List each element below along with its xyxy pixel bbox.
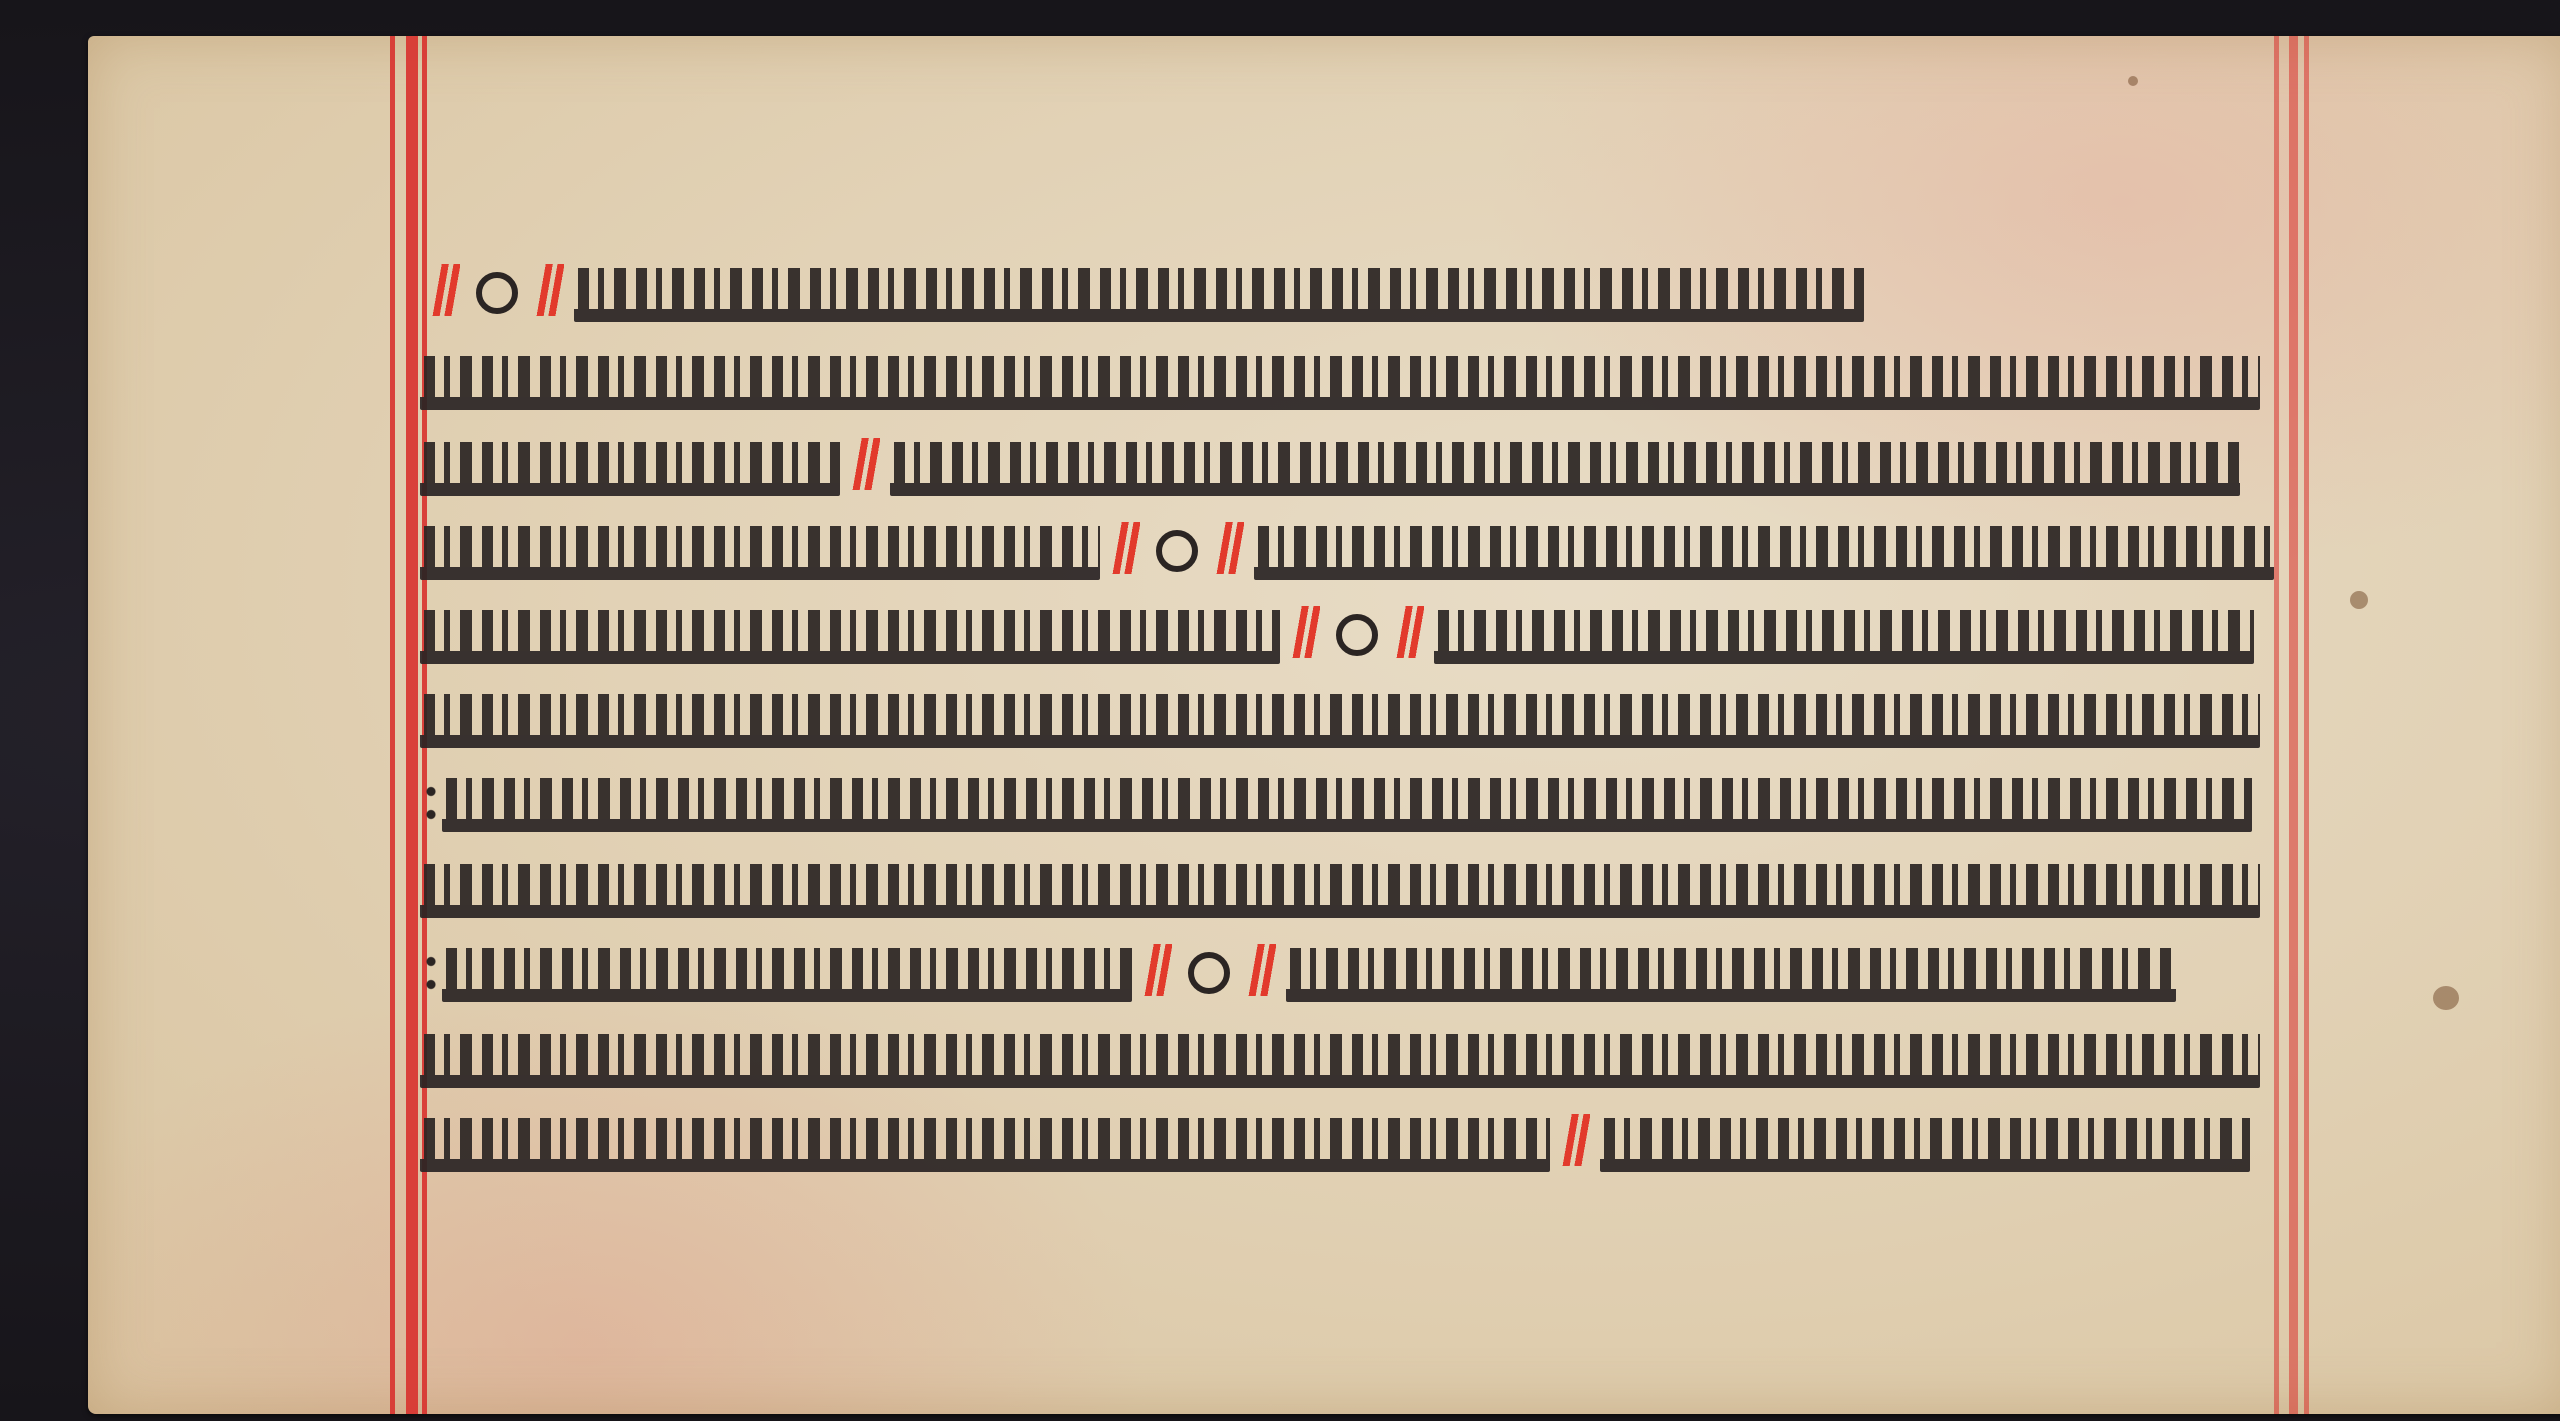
manuscript-line xyxy=(420,1102,2290,1172)
red-double-danda-icon xyxy=(1142,944,1172,996)
manuscript-line xyxy=(420,848,2290,918)
red-double-danda-icon xyxy=(1110,522,1140,574)
script-glyph-run xyxy=(442,932,1132,1002)
right-margin-rule xyxy=(2289,36,2298,1414)
manuscript-line xyxy=(420,340,2290,410)
script-glyph-run xyxy=(574,252,1864,322)
paper-stain xyxy=(2350,591,2368,609)
paper-stain xyxy=(2433,986,2459,1010)
red-double-danda-icon xyxy=(1214,522,1244,574)
script-glyph-run xyxy=(1434,594,2254,664)
script-glyph-run xyxy=(420,340,2260,410)
manuscript-line xyxy=(420,510,2290,580)
manuscript-line xyxy=(420,594,2290,664)
script-glyph-run xyxy=(420,594,1280,664)
ornament-icon xyxy=(1188,952,1230,994)
script-glyph-run xyxy=(1286,932,2176,1002)
manuscript-line xyxy=(420,762,2290,832)
script-glyph-run xyxy=(1254,510,2274,580)
script-glyph-run xyxy=(1600,1102,2250,1172)
script-glyph-run xyxy=(420,1018,2260,1088)
manuscript-line xyxy=(420,252,2290,322)
manuscript-line xyxy=(420,1018,2290,1088)
script-glyph-run xyxy=(420,1102,1550,1172)
paper-stain xyxy=(2128,76,2138,86)
manuscript-line xyxy=(420,426,2290,496)
right-margin-rule xyxy=(2304,36,2309,1414)
left-margin-rule xyxy=(390,36,395,1414)
script-glyph-run xyxy=(442,762,2252,832)
red-double-danda-icon xyxy=(850,438,880,490)
script-glyph-run xyxy=(420,678,2260,748)
left-margin-rule xyxy=(406,36,418,1414)
script-glyph-run xyxy=(420,510,1100,580)
red-double-danda-icon xyxy=(1560,1114,1590,1166)
red-double-danda-icon xyxy=(534,264,564,316)
visarga-mark-icon xyxy=(426,950,436,996)
red-double-danda-icon xyxy=(1290,606,1320,658)
manuscript-line xyxy=(420,932,2290,1002)
red-double-danda-icon xyxy=(1246,944,1276,996)
script-glyph-run xyxy=(890,426,2240,496)
visarga-mark-icon xyxy=(426,780,436,826)
manuscript-line xyxy=(420,678,2290,748)
red-double-danda-icon xyxy=(1394,606,1424,658)
red-double-danda-icon xyxy=(430,264,460,316)
ornament-icon xyxy=(476,272,518,314)
ornament-icon xyxy=(1336,614,1378,656)
ornament-icon xyxy=(1156,530,1198,572)
script-glyph-run xyxy=(420,426,840,496)
script-glyph-run xyxy=(420,848,2260,918)
